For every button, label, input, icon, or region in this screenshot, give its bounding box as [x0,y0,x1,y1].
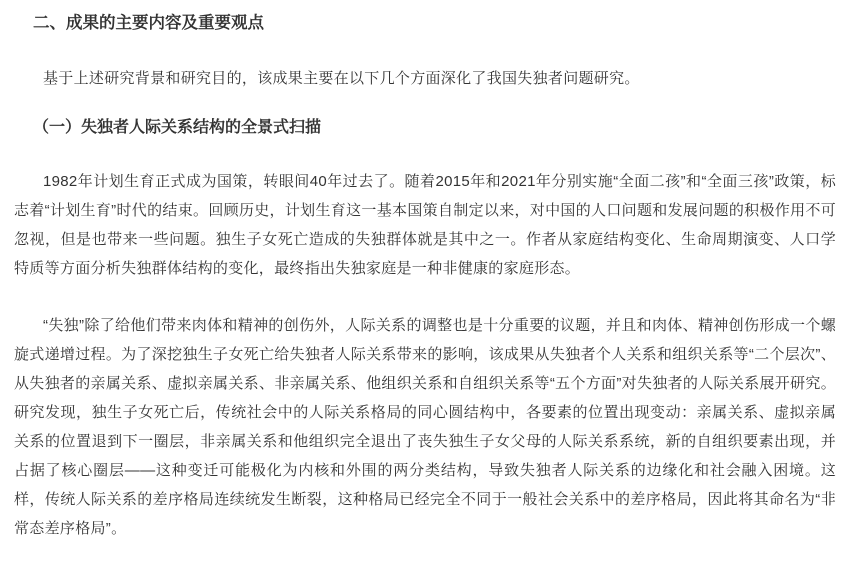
body-paragraph-1: 1982年计划生育正式成为国策，转眼间40年过去了。随着2015年和2021年分… [14,167,836,283]
section-heading: 二、成果的主要内容及重要观点 [33,12,836,34]
intro-paragraph: 基于上述研究背景和研究目的，该成果主要在以下几个方面深化了我国失独者问题研究。 [14,64,836,93]
document-page: 二、成果的主要内容及重要观点 基于上述研究背景和研究目的，该成果主要在以下几个方… [0,0,854,563]
body-paragraph-2: “失独”除了给他们带来肉体和精神的创伤外，人际关系的调整也是十分重要的议题，并且… [14,311,836,543]
subsection-heading: （一）失独者人际关系结构的全景式扫描 [33,117,836,139]
